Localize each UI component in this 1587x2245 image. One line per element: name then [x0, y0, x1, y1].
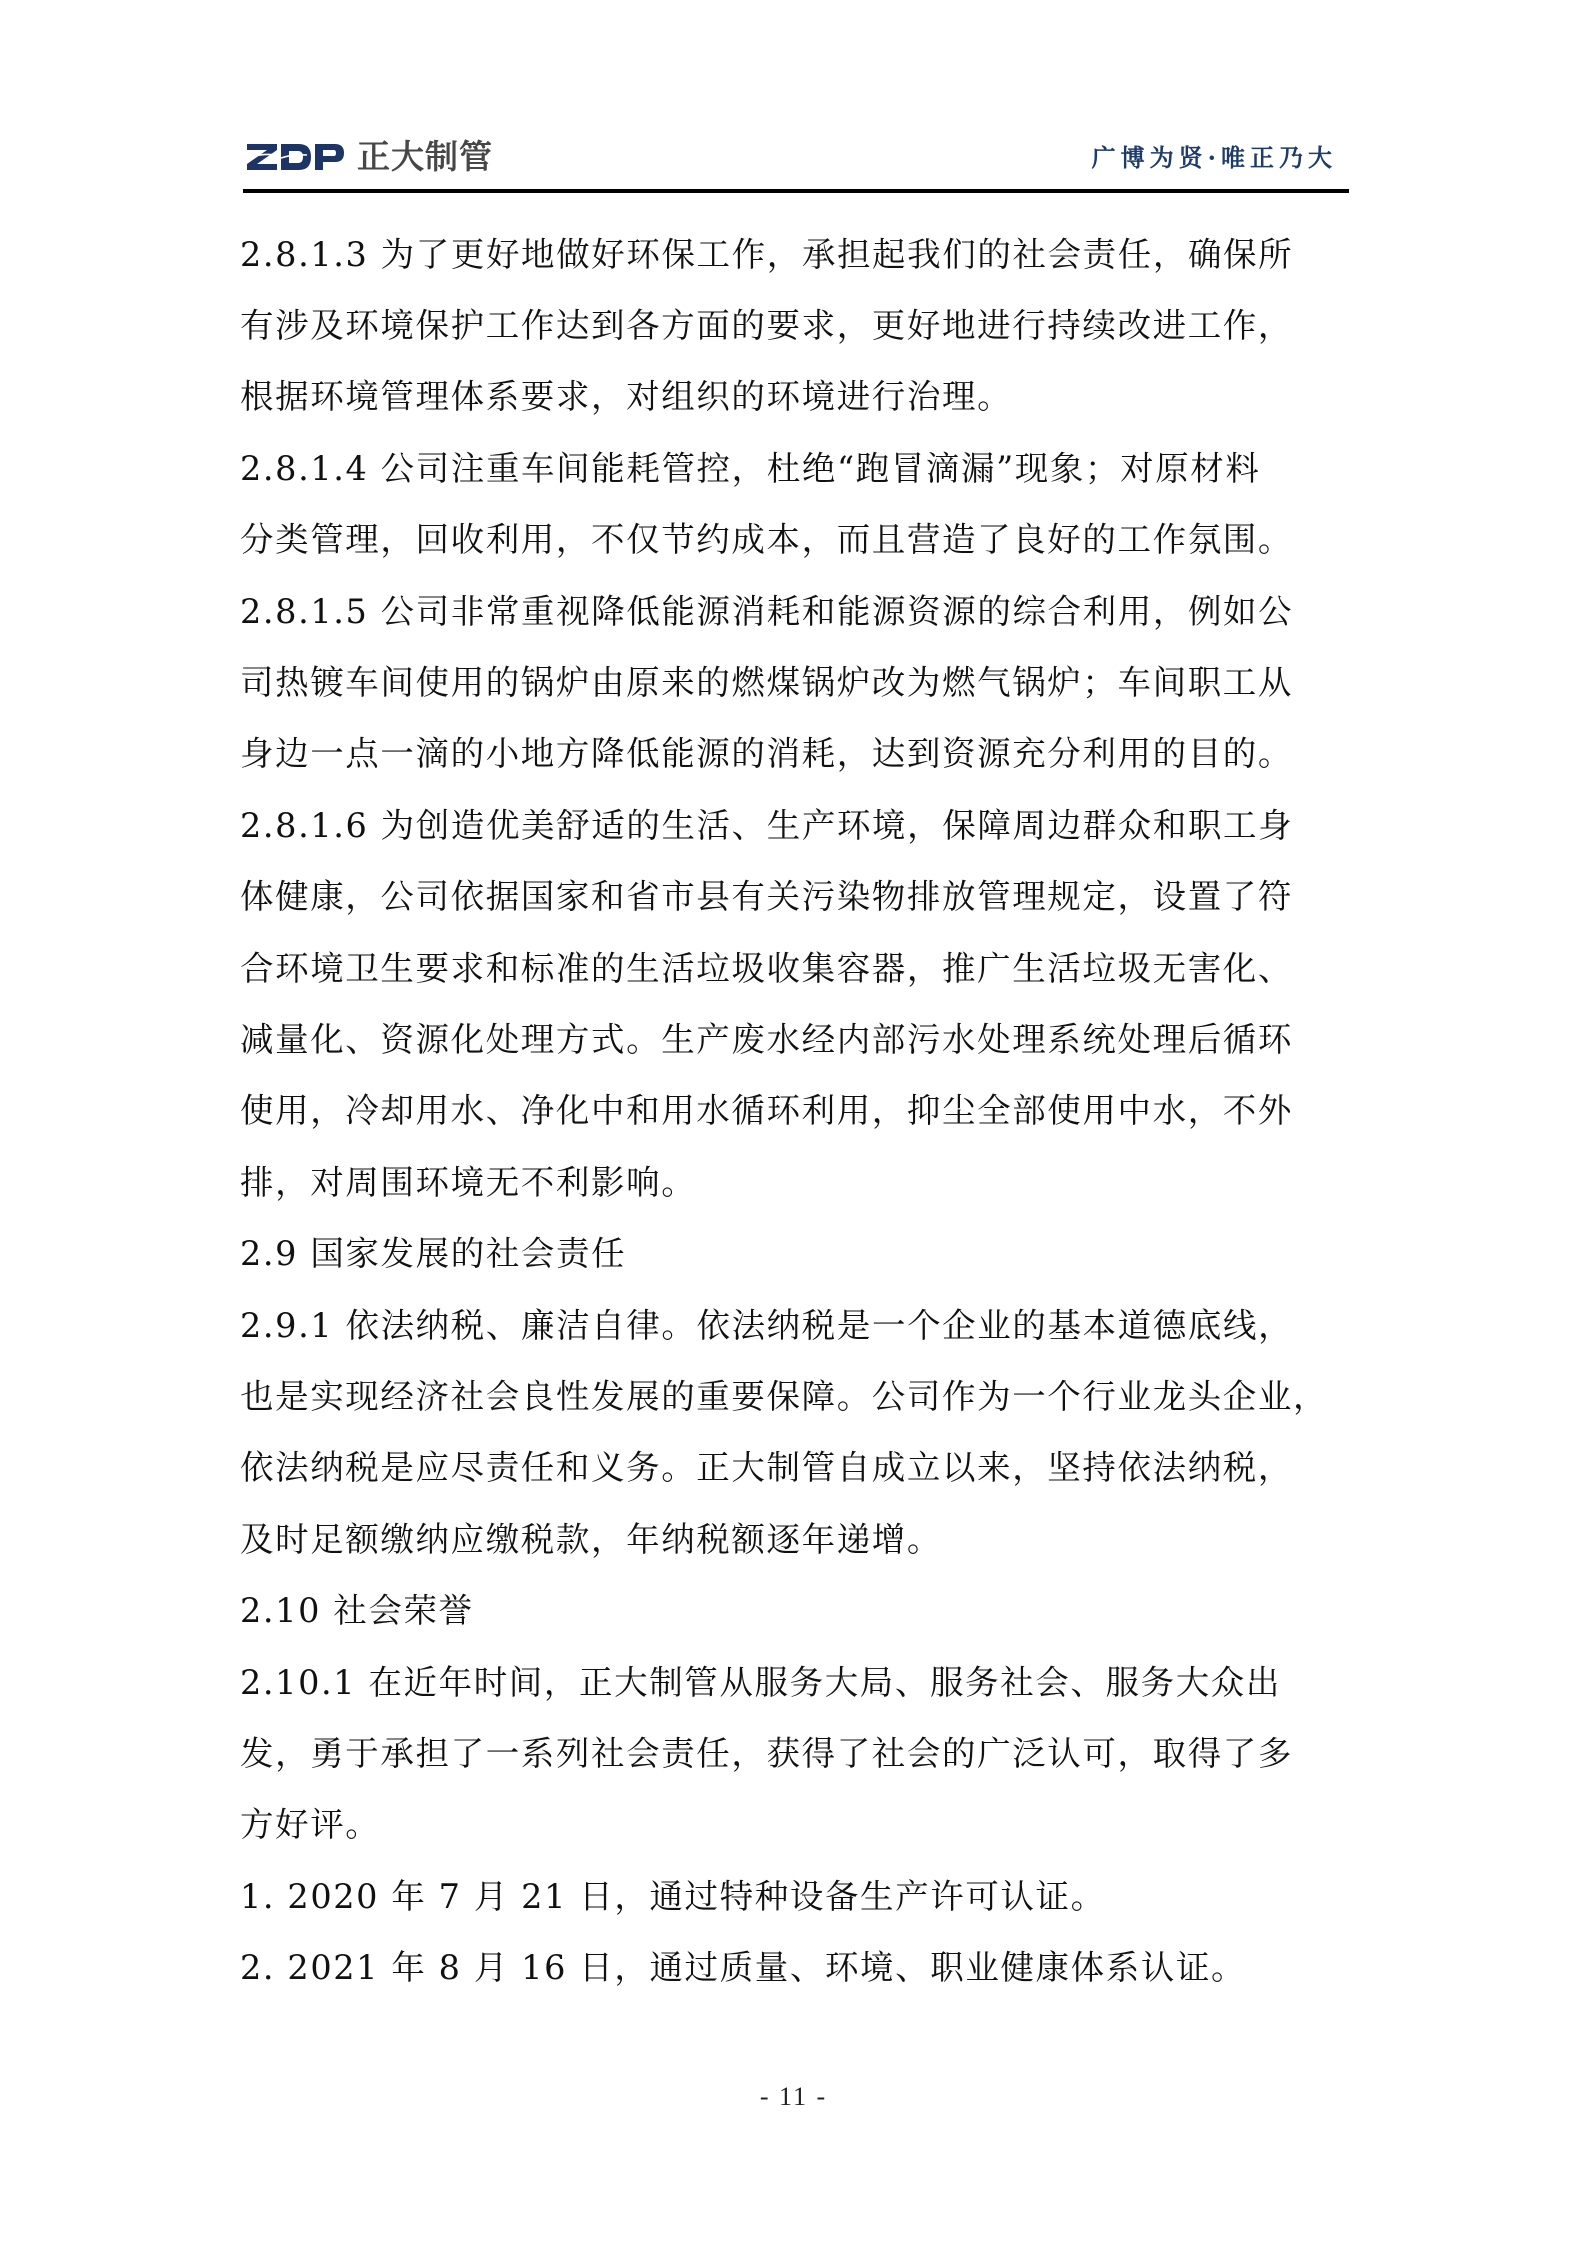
company-name: 正大制管: [357, 137, 493, 177]
paragraph-2-8-1-4-line-1: 2.8.1.4 公司注重车间能耗管控，杜绝“跑冒滴漏”现象；对原材料: [240, 449, 1261, 489]
paragraph-2-8-1-5-line-1: 2.8.1.5 公司非常重视降低能源消耗和能源资源的综合利用，例如公: [240, 592, 1293, 632]
paragraph-2-8-1-6-line-2: 体健康，公司依据国家和省市县有关污染物排放管理规定，设置了符: [240, 877, 1293, 917]
paragraph-2-9-1-line-2: 也是实现经济社会良性发展的重要保障。公司作为一个行业龙头企业，: [240, 1377, 1328, 1417]
paragraph-2-8-1-3-line-1: 2.8.1.3 为了更好地做好环保工作，承担起我们的社会责任，确保所: [240, 235, 1293, 275]
paragraph-2-8-1-4-line-2: 分类管理，回收利用，不仅节约成本，而且营造了良好的工作氛围。: [240, 520, 1293, 560]
honor-list-item-1: 1. 2020 年 7 月 21 日，通过特种设备生产许可认证。: [240, 1877, 1106, 1917]
section-heading-2-9: 2.9 国家发展的社会责任: [240, 1234, 626, 1274]
paragraph-2-8-1-6-line-5: 使用，冷却用水、净化中和用水循环利用，抑尘全部使用中水，不外: [240, 1091, 1293, 1131]
paragraph-2-8-1-6-line-1: 2.8.1.6 为创造优美舒适的生活、生产环境，保障周边群众和职工身: [240, 806, 1293, 846]
paragraph-2-9-1-line-4: 及时足额缴纳应缴税款，年纳税额逐年递增。: [240, 1520, 942, 1560]
paragraph-2-8-1-3-line-3: 根据环境管理体系要求，对组织的环境进行治理。: [240, 377, 1012, 417]
section-heading-2-10: 2.10 社会荣誉: [240, 1591, 474, 1631]
company-logo: 正大制管: [247, 137, 493, 177]
paragraph-2-8-1-6-line-6: 排，对周围环境无不利影响。: [240, 1163, 696, 1203]
paragraph-2-8-1-6-line-4: 减量化、资源化处理方式。生产废水经内部污水处理系统处理后循环: [240, 1020, 1293, 1060]
company-slogan: 广博为贤·唯正乃大: [1092, 143, 1337, 173]
paragraph-2-10-1-line-3: 方好评。: [240, 1805, 380, 1845]
zdp-logo-icon: [247, 144, 345, 170]
paragraph-2-10-1-line-1: 2.10.1 在近年时间，正大制管从服务大局、服务社会、服务大众出: [240, 1663, 1281, 1703]
paragraph-2-10-1-line-2: 发，勇于承担了一系列社会责任，获得了社会的广泛认可，取得了多: [240, 1734, 1293, 1774]
paragraph-2-8-1-3-line-2: 有涉及环境保护工作达到各方面的要求，更好地进行持续改进工作，: [240, 306, 1293, 346]
paragraph-2-8-1-5-line-3: 身边一点一滴的小地方降低能源的消耗，达到资源充分利用的目的。: [240, 734, 1293, 774]
paragraph-2-9-1-line-3: 依法纳税是应尽责任和义务。正大制管自成立以来，坚持依法纳税，: [240, 1448, 1293, 1488]
honor-list-item-2: 2. 2021 年 8 月 16 日，通过质量、环境、职业健康体系认证。: [240, 1948, 1246, 1988]
paragraph-2-8-1-6-line-3: 合环境卫生要求和标准的生活垃圾收集容器，推广生活垃圾无害化、: [240, 949, 1293, 989]
header-divider: [243, 189, 1349, 193]
paragraph-2-9-1-line-1: 2.9.1 依法纳税、廉洁自律。依法纳税是一个企业的基本道德底线，: [240, 1306, 1293, 1346]
paragraph-2-8-1-5-line-2: 司热镀车间使用的锅炉由原来的燃煤锅炉改为燃气锅炉；车间职工从: [240, 663, 1293, 703]
page-number: - 11 -: [0, 2082, 1587, 2112]
page-header: 正大制管 广博为贤·唯正乃大: [243, 125, 1349, 193]
